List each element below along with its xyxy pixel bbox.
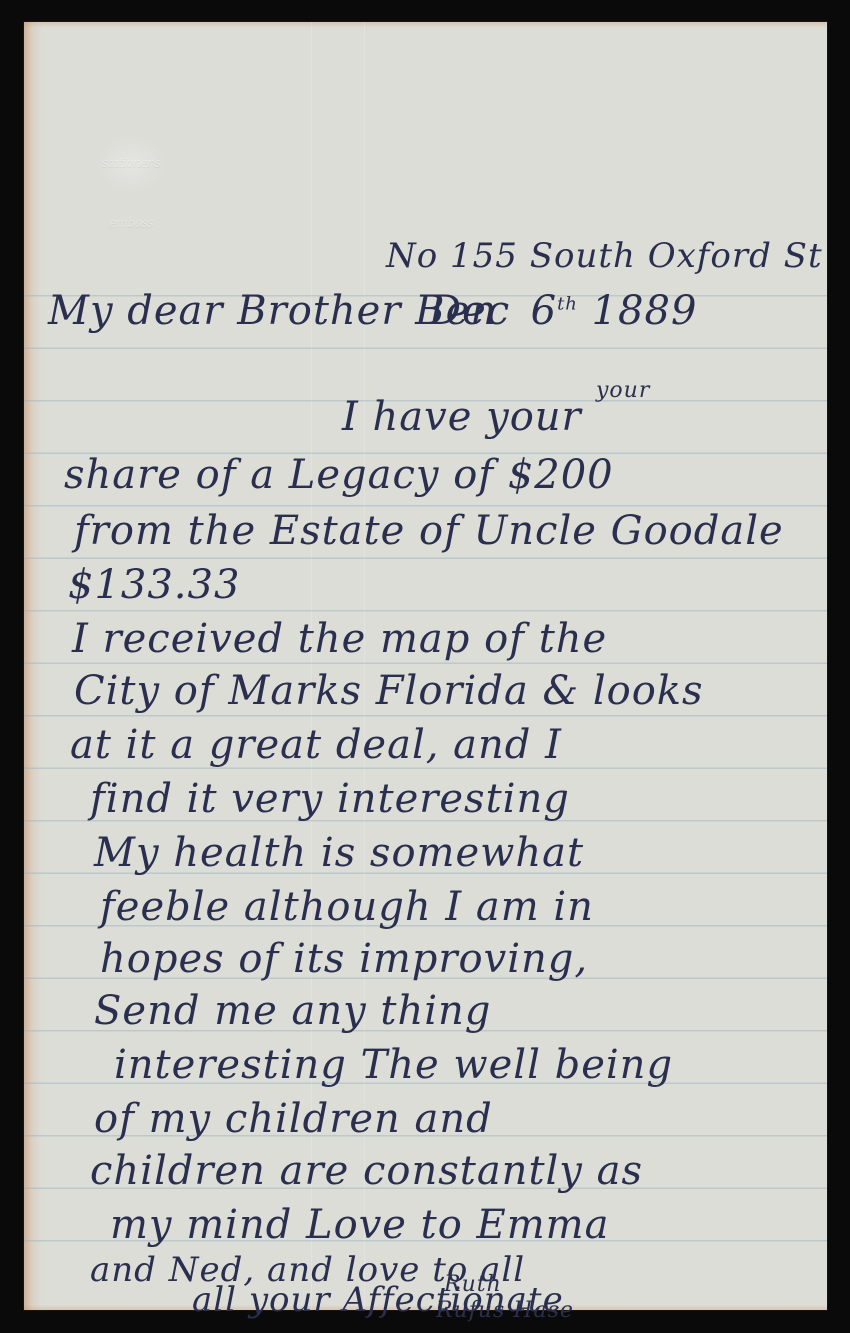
body-line: feeble although I am in <box>100 884 594 930</box>
letter-date: Dec 6th 1889 <box>429 288 697 334</box>
scan-background: stationer's emboss No 155 South Oxford S… <box>0 0 850 1333</box>
body-line: interesting The well being <box>114 1042 673 1088</box>
body-line: from the Estate of Uncle Goodale <box>74 508 784 554</box>
body-line: children are constantly as <box>90 1148 643 1194</box>
date-day: 6 <box>531 288 557 334</box>
signature: Rufus Hase <box>436 1298 574 1323</box>
date-day-suffix: th <box>557 294 578 315</box>
body-line: find it very interesting <box>90 776 570 822</box>
date-month: Dec <box>429 288 510 334</box>
body-line: of my children and <box>94 1096 493 1142</box>
body-line: I have your <box>342 394 582 440</box>
body-line: City of Marks Florida & looks <box>74 668 704 714</box>
body-line: share of a Legacy of $200 <box>64 452 614 498</box>
body-line: I received the map of the <box>72 616 607 662</box>
body-line: $133.33 <box>68 562 240 608</box>
letter-sheet: stationer's emboss No 155 South Oxford S… <box>24 22 827 1310</box>
date-month-abbrev-mark <box>510 294 517 315</box>
signature-first: Ruth <box>444 1272 502 1297</box>
body-line: Send me any thing <box>94 988 491 1034</box>
body-line: my mind Love to Emma <box>110 1202 609 1248</box>
body-line: hopes of its improving, <box>100 936 588 982</box>
body-line: at it a great deal, and I <box>70 722 562 768</box>
date-year: 1889 <box>592 288 698 334</box>
embossed-stationer-mark: stationer's emboss <box>96 134 166 194</box>
inserted-word: your <box>596 378 650 403</box>
return-address: No 155 South Oxford St <box>386 236 823 276</box>
body-line: My health is somewhat <box>94 830 584 876</box>
